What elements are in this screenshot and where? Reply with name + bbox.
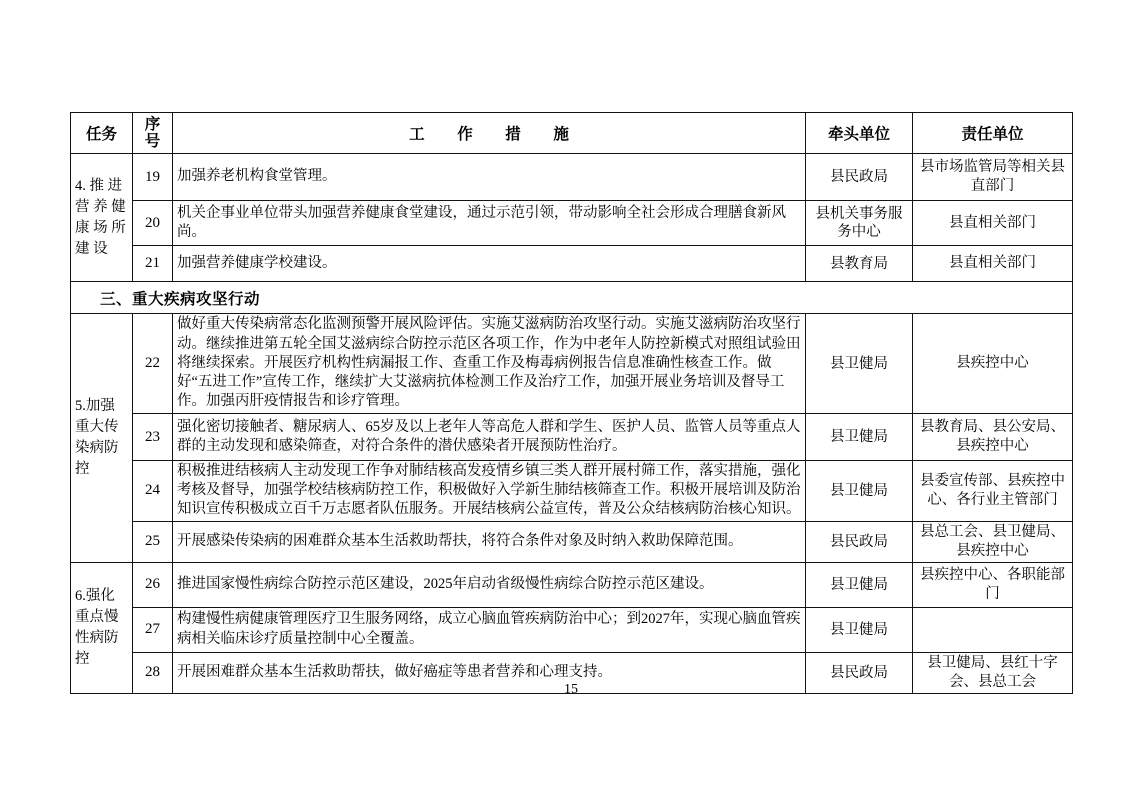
lead-unit-cell: 县卫健局 [806,314,913,414]
responsible-unit-cell: 县直相关部门 [913,201,1073,246]
table-row: 6.强化 重点慢 性病防 控 26 推进国家慢性病综合防控示范区建设，2025年… [71,562,1073,607]
page-number: 15 [70,682,1072,698]
responsible-unit-cell: 县总工会、县卫健局、县疾控中心 [913,521,1073,562]
seq-cell: 23 [133,414,173,461]
table-row: 24 积极推进结核病人主动发现工作争对肺结核高发疫情乡镇三类人群开展村筛工作，落… [71,461,1073,522]
responsible-unit-cell: 县委宣传部、县疾控中心、各行业主管部门 [913,461,1073,522]
work-plan-table: 任务 序 号 工作措施 牵头单位 责任单位 4. 推 进 营 养 健 康 场 所… [70,112,1073,694]
table-row: 25 开展感染传染病的困难群众基本生活救助帮扶，将符合条件对象及时纳入救助保障范… [71,521,1073,562]
responsible-unit-cell: 县市场监管局等相关县直部门 [913,154,1073,201]
seq-cell: 22 [133,314,173,414]
lead-unit-cell: 县卫健局 [806,414,913,461]
lead-unit-cell: 县卫健局 [806,562,913,607]
measures-cell: 构建慢性病健康管理医疗卫生服务网络，成立心脑血管疾病防治中心；到2027年，实现… [173,607,806,652]
responsible-unit-cell: 县直相关部门 [913,246,1073,282]
seq-cell: 24 [133,461,173,522]
header-measures: 工作措施 [173,113,806,154]
lead-unit-cell: 县卫健局 [806,607,913,652]
section-title: 三、重大疾病攻坚行动 [71,282,1073,314]
seq-cell: 19 [133,154,173,201]
table-row: 20 机关企事业单位带头加强营养健康食堂建设，通过示范引领，带动影响全社会形成合… [71,201,1073,246]
seq-cell: 25 [133,521,173,562]
document-page: 任务 序 号 工作措施 牵头单位 责任单位 4. 推 进 营 养 健 康 场 所… [0,0,1129,794]
header-responsible-unit: 责任单位 [913,113,1073,154]
task-label-4: 4. 推 进 营 养 健 康 场 所 建 设 [71,154,133,282]
section-header-row: 三、重大疾病攻坚行动 [71,282,1073,314]
measures-cell: 机关企事业单位带头加强营养健康食堂建设，通过示范引领，带动影响全社会形成合理膳食… [173,201,806,246]
table-row: 27 构建慢性病健康管理医疗卫生服务网络，成立心脑血管疾病防治中心；到2027年… [71,607,1073,652]
responsible-unit-cell: 县教育局、县公安局、县疾控中心 [913,414,1073,461]
table-row: 5.加强 重大传 染病防 控 22 做好重大传染病常态化监测预警开展风险评估。实… [71,314,1073,414]
measures-cell: 推进国家慢性病综合防控示范区建设，2025年启动省级慢性病综合防控示范区建设。 [173,562,806,607]
lead-unit-cell: 县卫健局 [806,461,913,522]
lead-unit-cell: 县教育局 [806,246,913,282]
seq-cell: 27 [133,607,173,652]
responsible-unit-cell [913,607,1073,652]
header-lead-unit: 牵头单位 [806,113,913,154]
header-task: 任务 [71,113,133,154]
task-label-6: 6.强化 重点慢 性病防 控 [71,562,133,693]
measures-cell: 强化密切接触者、糖尿病人、65岁及以上老年人等高危人群和学生、医护人员、监管人员… [173,414,806,461]
table-row: 21 加强营养健康学校建设。 县教育局 县直相关部门 [71,246,1073,282]
measures-cell: 加强营养健康学校建设。 [173,246,806,282]
lead-unit-cell: 县民政局 [806,154,913,201]
lead-unit-cell: 县民政局 [806,521,913,562]
responsible-unit-cell: 县疾控中心、各职能部门 [913,562,1073,607]
table-row: 4. 推 进 营 养 健 康 场 所 建 设 19 加强养老机构食堂管理。 县民… [71,154,1073,201]
measures-cell: 做好重大传染病常态化监测预警开展风险评估。实施艾滋病防治攻坚行动。实施艾滋病防治… [173,314,806,414]
seq-cell: 20 [133,201,173,246]
header-seq: 序 号 [133,113,173,154]
lead-unit-cell: 县机关事务服务中心 [806,201,913,246]
task-label-5: 5.加强 重大传 染病防 控 [71,314,133,563]
seq-cell: 21 [133,246,173,282]
measures-cell: 加强养老机构食堂管理。 [173,154,806,201]
table-header-row: 任务 序 号 工作措施 牵头单位 责任单位 [71,113,1073,154]
seq-cell: 26 [133,562,173,607]
table-row: 23 强化密切接触者、糖尿病人、65岁及以上老年人等高危人群和学生、医护人员、监… [71,414,1073,461]
measures-cell: 开展感染传染病的困难群众基本生活救助帮扶，将符合条件对象及时纳入救助保障范围。 [173,521,806,562]
responsible-unit-cell: 县疾控中心 [913,314,1073,414]
measures-cell: 积极推进结核病人主动发现工作争对肺结核高发疫情乡镇三类人群开展村筛工作，落实措施… [173,461,806,522]
